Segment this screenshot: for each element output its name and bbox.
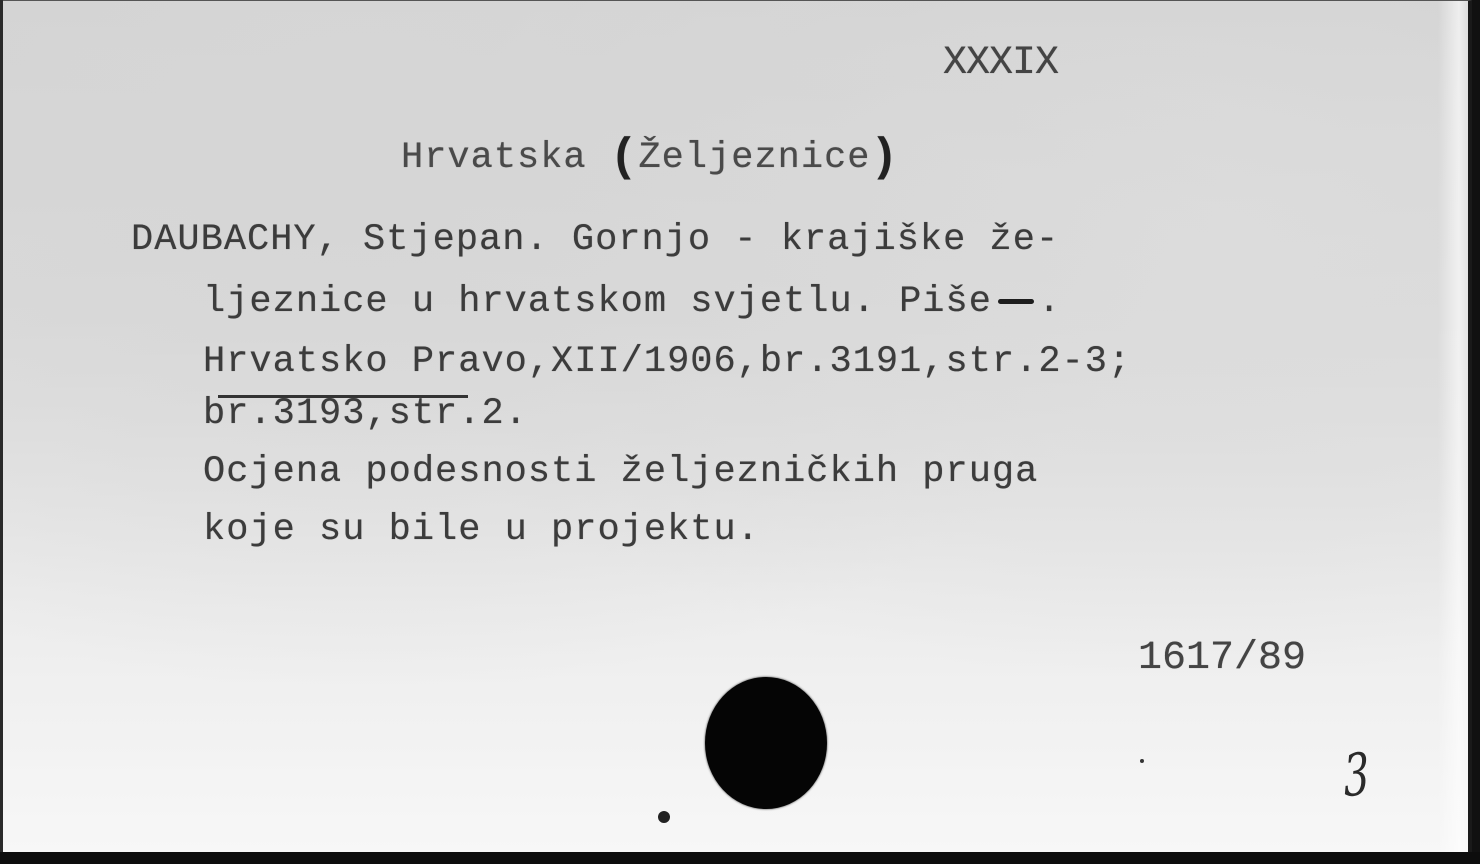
small-dot-icon [658, 811, 670, 823]
section-number: XXXIX [943, 41, 1058, 86]
accession-number: 1617/89 [1138, 636, 1306, 681]
entry-line-source: Hrvatsko Pravo,XII/1906,br.3191,str.2-3; [203, 341, 1131, 383]
subject-heading: Hrvatska (Željeznice) [401, 129, 899, 181]
entry-line-source-cont: br.3193,str.2. [203, 393, 528, 435]
catalog-card: XXXIX Hrvatska (Željeznice) DAUBACHY, St… [3, 0, 1472, 852]
entry-line-author-title: DAUBACHY, Stjepan. Gornjo - krajiške že- [131, 219, 1059, 261]
subject-prefix: Hrvatska [401, 137, 610, 179]
entry-line-title-cont: ljeznice u hrvatskom svjetlu. Piše. [203, 281, 1061, 323]
entry-line-2-period: . [1038, 281, 1061, 323]
handwritten-mark: 3 [1342, 740, 1371, 810]
punch-hole-icon [705, 677, 827, 809]
entry-line-2-text: ljeznice u hrvatskom svjetlu. Piše [203, 281, 992, 323]
author-dash-icon [998, 299, 1034, 304]
entry-line-note: Ocjena podesnosti željezničkih pruga [203, 451, 1038, 493]
open-paren: ( [610, 132, 639, 184]
subject-term: Željeznice [638, 137, 870, 179]
scan-bottom-edge [0, 852, 1480, 864]
entry-line-note-cont: koje su bile u projektu. [203, 509, 760, 551]
speck-icon [1140, 759, 1144, 763]
close-paren: ) [871, 132, 900, 184]
